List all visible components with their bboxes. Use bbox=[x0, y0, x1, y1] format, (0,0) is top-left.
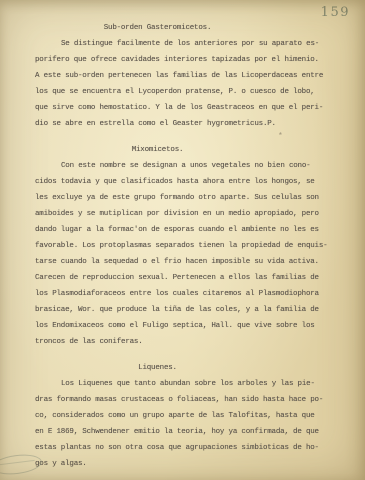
text-line: dio se abre en estrella como el Geaster … bbox=[35, 116, 335, 132]
paragraph-liquenes: Los Liquenes que tanto abundan sobre los… bbox=[35, 376, 335, 472]
text-line: en E 1869, Schwendener emitio la teoria,… bbox=[35, 424, 335, 440]
text-line: Los Liquenes que tanto abundan sobre los… bbox=[35, 376, 335, 392]
text-line: dras formando masas crustaceas o foliace… bbox=[35, 392, 335, 408]
text-line: Se distingue facilmente de los anteriore… bbox=[35, 36, 335, 52]
text-line: que sirve como hemostatico. Y la de los … bbox=[35, 100, 335, 116]
text-line: estas plantas no son otra cosa que agrup… bbox=[35, 440, 335, 456]
text-line: les excluye ya de este grupo formando ot… bbox=[35, 190, 335, 206]
text-line: A este sub-orden pertenecen las familias… bbox=[35, 68, 335, 84]
text-line: los Endomixaceos como el Fuligo septica,… bbox=[35, 318, 335, 334]
text-line: tarse cuando la sequedad o el frio hacen… bbox=[35, 254, 335, 270]
text-line: porifero que ofrece cavidades interiores… bbox=[35, 52, 335, 68]
section-heading-gasteromicetos: Sub-orden Gasteromicetos. bbox=[35, 20, 280, 36]
text-line: cidos todavia y que clasificados hasta a… bbox=[35, 174, 335, 190]
text-line: los Plasmodiaforaceos entre los cuales c… bbox=[35, 286, 335, 302]
ink-mark: * bbox=[278, 132, 283, 141]
paragraph-gasteromicetos: Se distingue facilmente de los anteriore… bbox=[35, 36, 335, 132]
text-line: Con este nombre se designan a unos veget… bbox=[35, 158, 335, 174]
text-line: favorable. Los protoplasmas separados ti… bbox=[35, 238, 335, 254]
section-heading-mixomicetos: Mixomicetos. bbox=[35, 142, 280, 158]
text-line: los que se encuentra el Lycoperdon prate… bbox=[35, 84, 335, 100]
text-line: brasicae, Wor. que produce la tiña de la… bbox=[35, 302, 335, 318]
text-line: dando lugar a la formac'on de esporas cu… bbox=[35, 222, 335, 238]
page-number: 159 bbox=[321, 5, 350, 20]
text-line: Carecen de reproduccion sexual. Pertenec… bbox=[35, 270, 335, 286]
text-line: gos y algas. bbox=[35, 456, 335, 472]
scanned-page: 159 Sub-orden Gasteromicetos. Se disting… bbox=[0, 0, 365, 480]
text-line: amiboides y se mutiplican por division e… bbox=[35, 206, 335, 222]
oval-stamp-icon bbox=[0, 452, 43, 477]
section-heading-liquenes: Liquenes. bbox=[35, 360, 280, 376]
paragraph-mixomicetos: Con este nombre se designan a unos veget… bbox=[35, 158, 335, 350]
text-line: co, considerados como un grupo aparte de… bbox=[35, 408, 335, 424]
text-line: troncos de las coniferas. bbox=[35, 334, 335, 350]
page-content: Sub-orden Gasteromicetos. Se distingue f… bbox=[35, 20, 335, 472]
